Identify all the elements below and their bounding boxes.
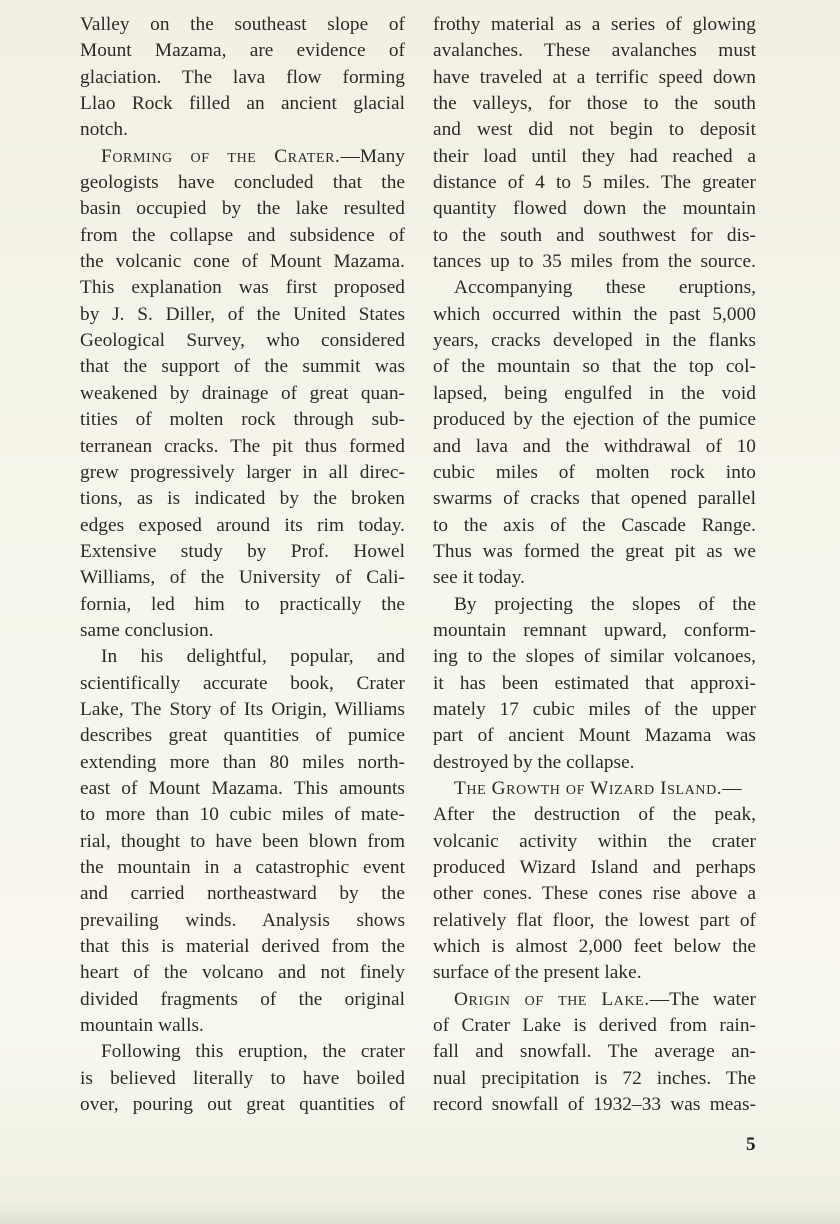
- text-line: mountain remnant upward, conform-: [433, 618, 756, 644]
- text-line: same conclusion.: [80, 618, 405, 644]
- text-line: edges exposed around its rim today.: [80, 513, 405, 539]
- section-heading-line: Forming of the Crater.—Many: [80, 144, 405, 170]
- text-line-content: —The water: [650, 989, 756, 1010]
- section-heading: Forming of the Crater.: [101, 146, 340, 167]
- text-line: Thus was formed the great pit as we: [433, 539, 756, 565]
- text-line: by J. S. Diller, of the United States: [80, 302, 405, 328]
- text-line: avalanches. These avalanches must: [433, 38, 756, 64]
- text-line: is believed literally to have boiled: [80, 1066, 405, 1092]
- section-heading-line: Origin of the Lake.—The water: [433, 987, 756, 1013]
- text-line: swarms of cracks that opened parallel: [433, 486, 756, 512]
- text-line: After the destruction of the peak,: [433, 802, 756, 828]
- text-line: destroyed by the collapse.: [433, 750, 756, 776]
- text-line: have traveled at a terrific speed down: [433, 65, 756, 91]
- text-line: grew progressively larger in all direc-: [80, 460, 405, 486]
- text-line: mountain walls.: [80, 1013, 405, 1039]
- section-heading-line: The Growth of Wizard Island.—: [433, 776, 756, 802]
- text-line: ing to the slopes of similar volcanoes,: [433, 644, 756, 670]
- page-number: 5: [746, 1134, 756, 1156]
- book-page: Valley on the southeast slope ofMount Ma…: [0, 0, 840, 1224]
- text-line: that the support of the summit was: [80, 354, 405, 380]
- text-line: the valleys, for those to the south: [433, 91, 756, 117]
- text-line: east of Mount Mazama. This amounts: [80, 776, 405, 802]
- text-line: frothy material as a series of glowing: [433, 12, 756, 38]
- text-line: part of ancient Mount Mazama was: [433, 723, 756, 749]
- text-line: which occurred within the past 5,000: [433, 302, 756, 328]
- text-line: Extensive study by Prof. Howel: [80, 539, 405, 565]
- text-line: nual precipitation is 72 inches. The: [433, 1066, 756, 1092]
- section-heading: Origin of the Lake.: [454, 989, 650, 1010]
- text-line: glaciation. The lava flow forming: [80, 65, 405, 91]
- text-line: basin occupied by the lake resulted: [80, 196, 405, 222]
- text-line: distance of 4 to 5 miles. The greater: [433, 170, 756, 196]
- text-line: to the axis of the Cascade Range.: [433, 513, 756, 539]
- text-line: to more than 10 cubic miles of mate-: [80, 802, 405, 828]
- text-line: Lake, The Story of Its Origin, Williams: [80, 697, 405, 723]
- text-line: record snowfall of 1932–33 was meas-: [433, 1092, 756, 1118]
- text-line: Valley on the southeast slope of: [80, 12, 405, 38]
- text-line: years, cracks developed in the flanks: [433, 328, 756, 354]
- text-line: of the mountain so that the top col-: [433, 354, 756, 380]
- text-line: and lava and the withdrawal of 10: [433, 434, 756, 460]
- text-line: geologists have concluded that the: [80, 170, 405, 196]
- text-line: that this is material derived from the: [80, 934, 405, 960]
- text-line: see it today.: [433, 565, 756, 591]
- text-line: By projecting the slopes of the: [433, 592, 756, 618]
- section-heading: The Growth of Wizard Island.: [454, 778, 722, 799]
- text-line: quantity flowed down the mountain: [433, 196, 756, 222]
- text-line: it has been estimated that approxi-: [433, 671, 756, 697]
- text-line: tities of molten rock through sub-: [80, 407, 405, 433]
- text-line: which is almost 2,000 feet below the: [433, 934, 756, 960]
- text-line: fall and snowfall. The average an-: [433, 1039, 756, 1065]
- text-line: Llao Rock filled an ancient glacial: [80, 91, 405, 117]
- text-line: terranean cracks. The pit thus formed: [80, 434, 405, 460]
- text-line: Mount Mazama, are evidence of: [80, 38, 405, 64]
- text-line: mately 17 cubic miles of the upper: [433, 697, 756, 723]
- text-line: Geological Survey, who considered: [80, 328, 405, 354]
- text-line: In his delightful, popular, and: [80, 644, 405, 670]
- text-line: other cones. These cones rise above a: [433, 881, 756, 907]
- text-line: This explanation was first proposed: [80, 275, 405, 301]
- text-line: over, pouring out great quantities of: [80, 1092, 405, 1118]
- text-line: describes great quantities of pumice: [80, 723, 405, 749]
- text-line: fornia, led him to practically the: [80, 592, 405, 618]
- text-line: weakened by drainage of great quan-: [80, 381, 405, 407]
- text-line: the mountain in a catastrophic event: [80, 855, 405, 881]
- text-line: extending more than 80 miles north-: [80, 750, 405, 776]
- text-line: heart of the volcano and not finely: [80, 960, 405, 986]
- text-line: Accompanying these eruptions,: [433, 275, 756, 301]
- text-line: tances up to 35 miles from the source.: [433, 249, 756, 275]
- text-line-content: —: [722, 778, 741, 799]
- text-line: surface of the present lake.: [433, 960, 756, 986]
- text-line: relatively flat floor, the lowest part o…: [433, 908, 756, 934]
- text-line: of Crater Lake is derived from rain-: [433, 1013, 756, 1039]
- text-line: cubic miles of molten rock into: [433, 460, 756, 486]
- text-line: tions, as is indicated by the broken: [80, 486, 405, 512]
- text-line: rial, thought to have been blown from: [80, 829, 405, 855]
- text-line: divided fragments of the original: [80, 987, 405, 1013]
- text-line: from the collapse and subsidence of: [80, 223, 405, 249]
- text-line: the volcanic cone of Mount Mazama.: [80, 249, 405, 275]
- page-edge-shadow: [0, 1202, 840, 1224]
- text-line: scientifically accurate book, Crater: [80, 671, 405, 697]
- text-line: lapsed, being engulfed in the void: [433, 381, 756, 407]
- text-line: produced Wizard Island and perhaps: [433, 855, 756, 881]
- text-line: Williams, of the University of Cali-: [80, 565, 405, 591]
- right-column: frothy material as a series of glowingav…: [433, 12, 756, 1118]
- left-column: Valley on the southeast slope ofMount Ma…: [80, 12, 405, 1118]
- text-line: their load until they had reached a: [433, 144, 756, 170]
- text-line: prevailing winds. Analysis shows: [80, 908, 405, 934]
- text-line: Following this eruption, the crater: [80, 1039, 405, 1065]
- text-line: produced by the ejection of the pumice: [433, 407, 756, 433]
- text-line: and carried northeastward by the: [80, 881, 405, 907]
- text-line-content: —Many: [340, 146, 405, 167]
- text-line: volcanic activity within the crater: [433, 829, 756, 855]
- text-line: to the south and southwest for dis-: [433, 223, 756, 249]
- text-line: and west did not begin to deposit: [433, 117, 756, 143]
- text-line: notch.: [80, 117, 405, 143]
